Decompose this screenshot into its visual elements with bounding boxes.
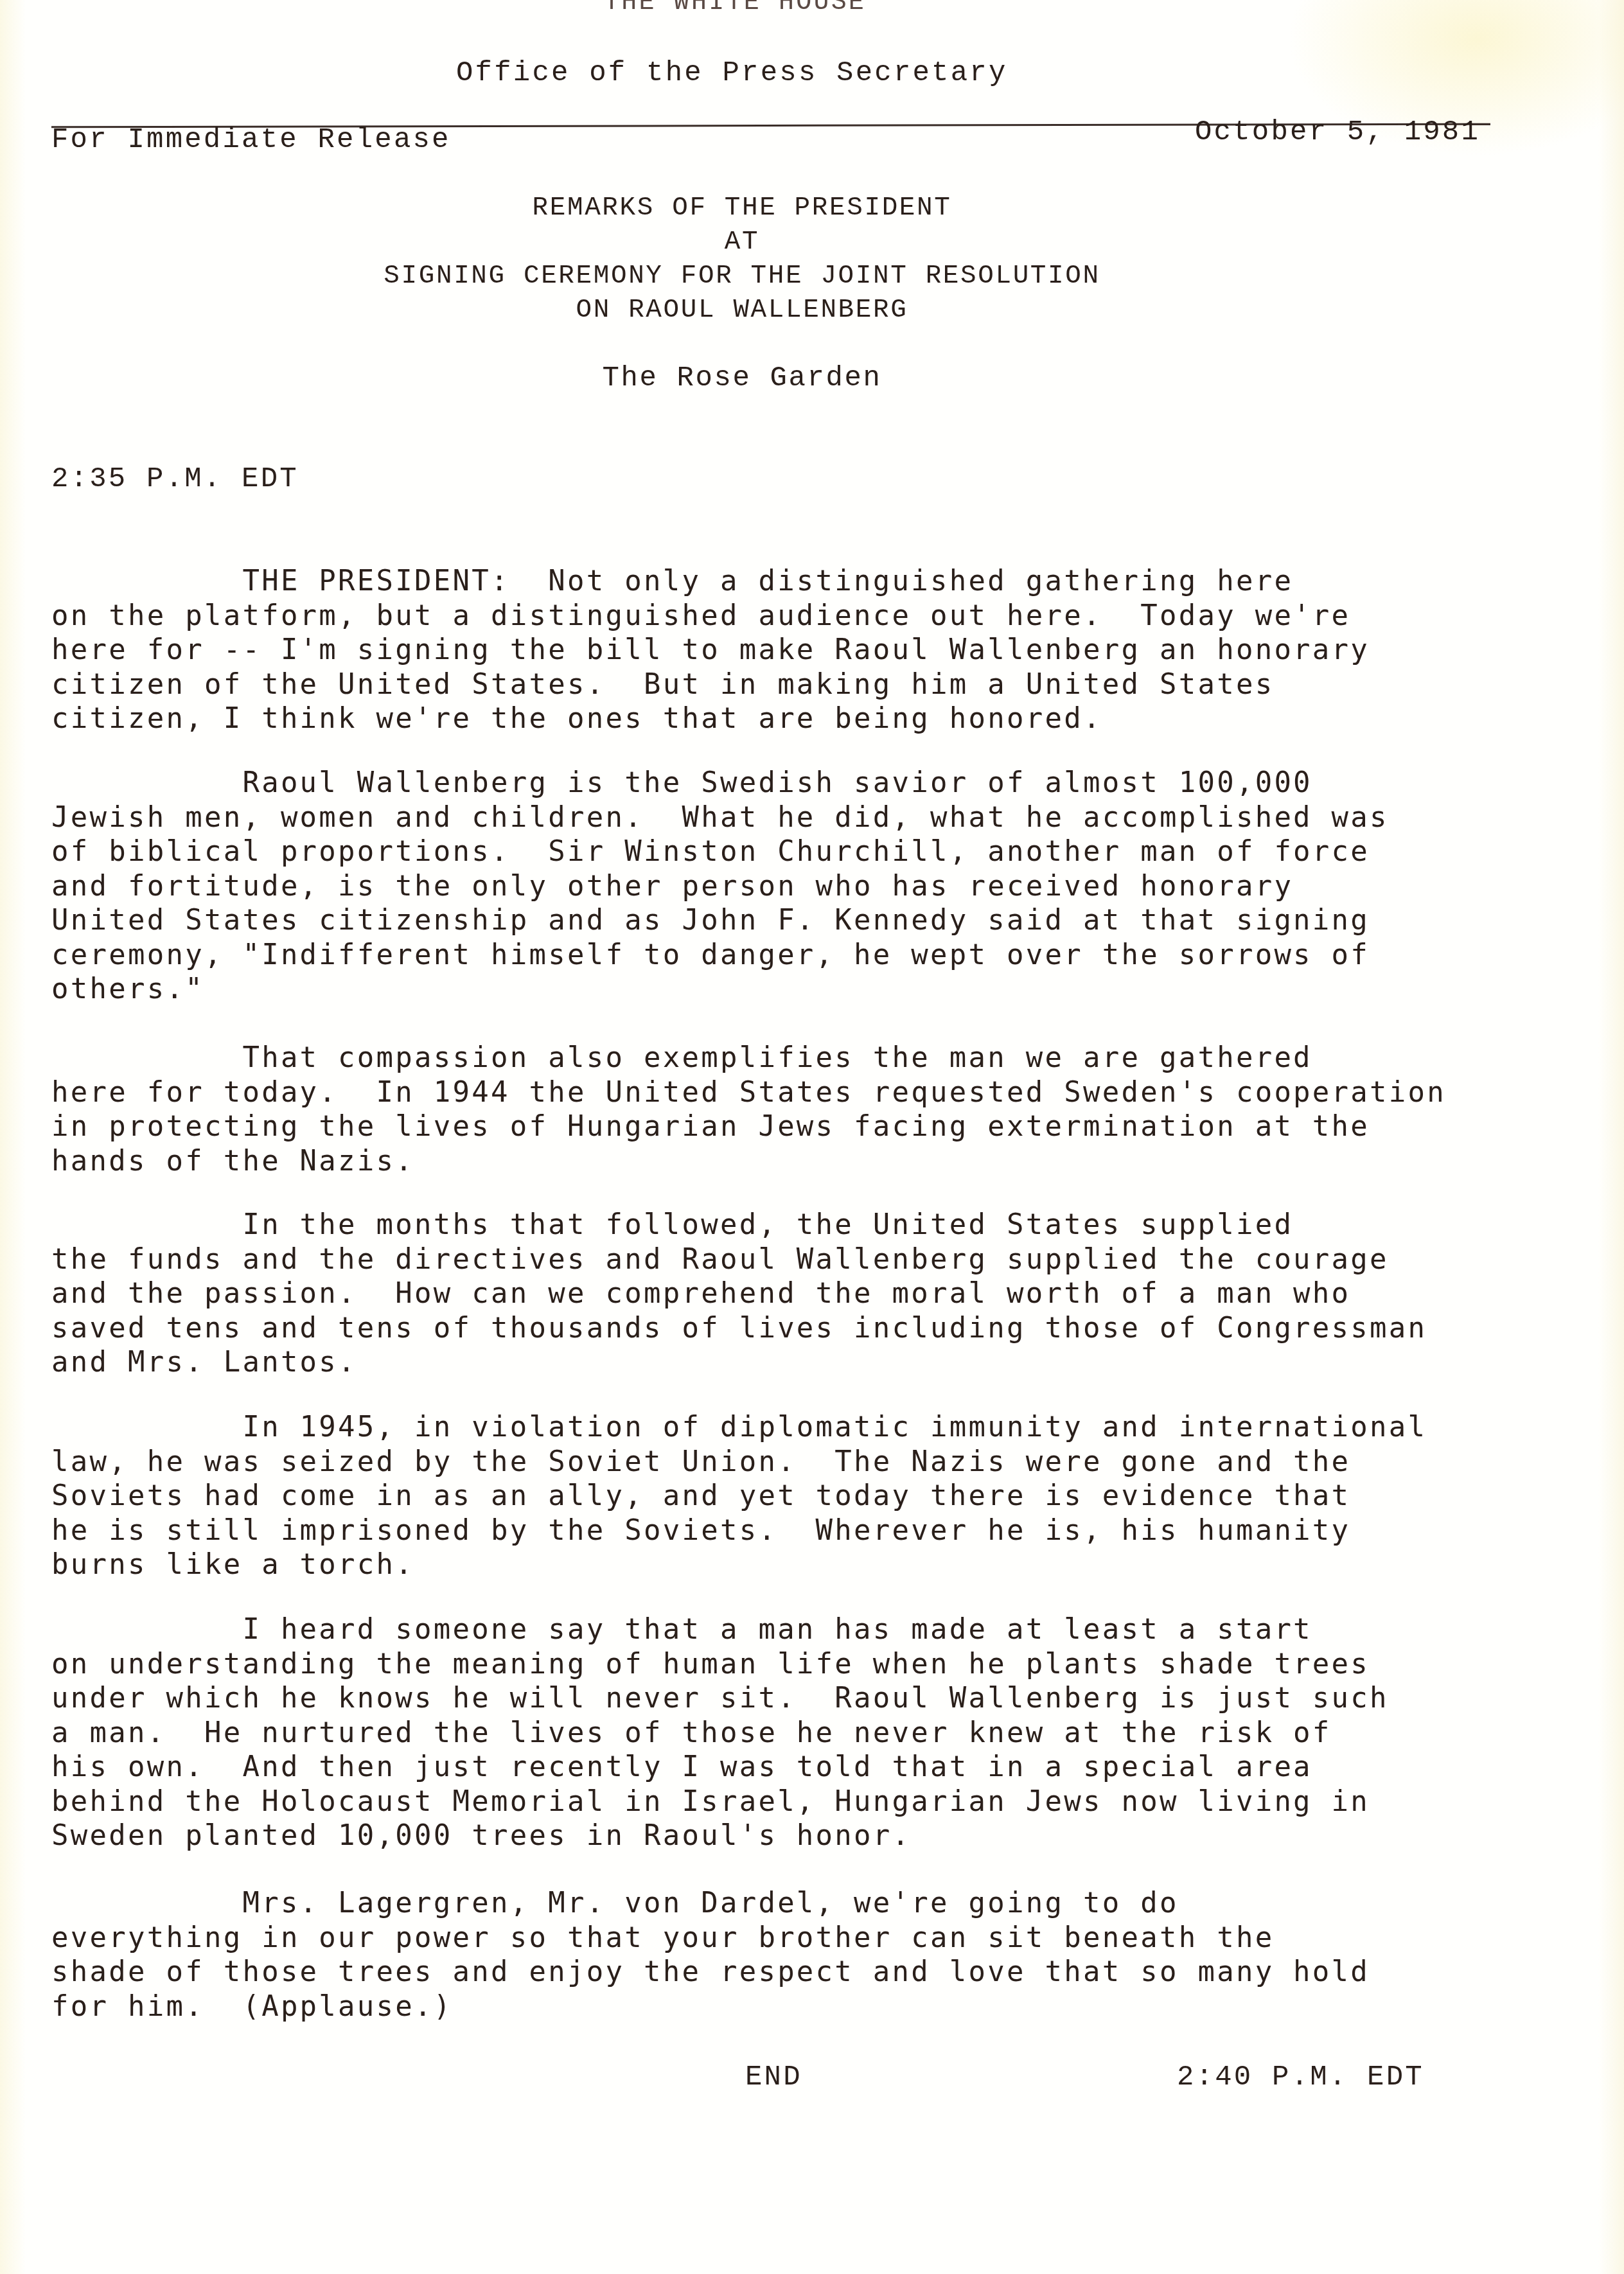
- paragraph: THE PRESIDENT: Not only a distinguished …: [51, 564, 1593, 736]
- title-line: SIGNING CEREMONY FOR THE JOINT RESOLUTIO…: [0, 260, 1484, 294]
- end-label: END: [745, 2061, 802, 2095]
- organization-heading: THE WHITE HOUSE: [604, 0, 866, 20]
- paragraph: That compassion also exemplifies the man…: [51, 1041, 1593, 1178]
- paragraph: Raoul Wallenberg is the Swedish savior o…: [51, 766, 1593, 1007]
- paragraph: Mrs. Lagergren, Mr. von Dardel, we're go…: [51, 1886, 1593, 2023]
- title-line: REMARKS OF THE PRESIDENT: [0, 191, 1484, 225]
- release-date: October 5, 1981: [1195, 116, 1480, 150]
- title-line: ON RAOUL WALLENBERG: [0, 294, 1484, 328]
- location: The Rose Garden: [0, 362, 1484, 396]
- paragraph: In the months that followed, the United …: [51, 1208, 1593, 1380]
- paragraph: In 1945, in violation of diplomatic immu…: [51, 1410, 1593, 1582]
- end-time: 2:40 P.M. EDT: [1177, 2061, 1424, 2095]
- release-note: For Immediate Release: [51, 123, 451, 157]
- office-heading: Office of the Press Secretary: [456, 57, 1008, 91]
- title-line: AT: [0, 225, 1484, 260]
- paragraph: I heard someone say that a man has made …: [51, 1612, 1593, 1853]
- start-time: 2:35 P.M. EDT: [51, 463, 299, 497]
